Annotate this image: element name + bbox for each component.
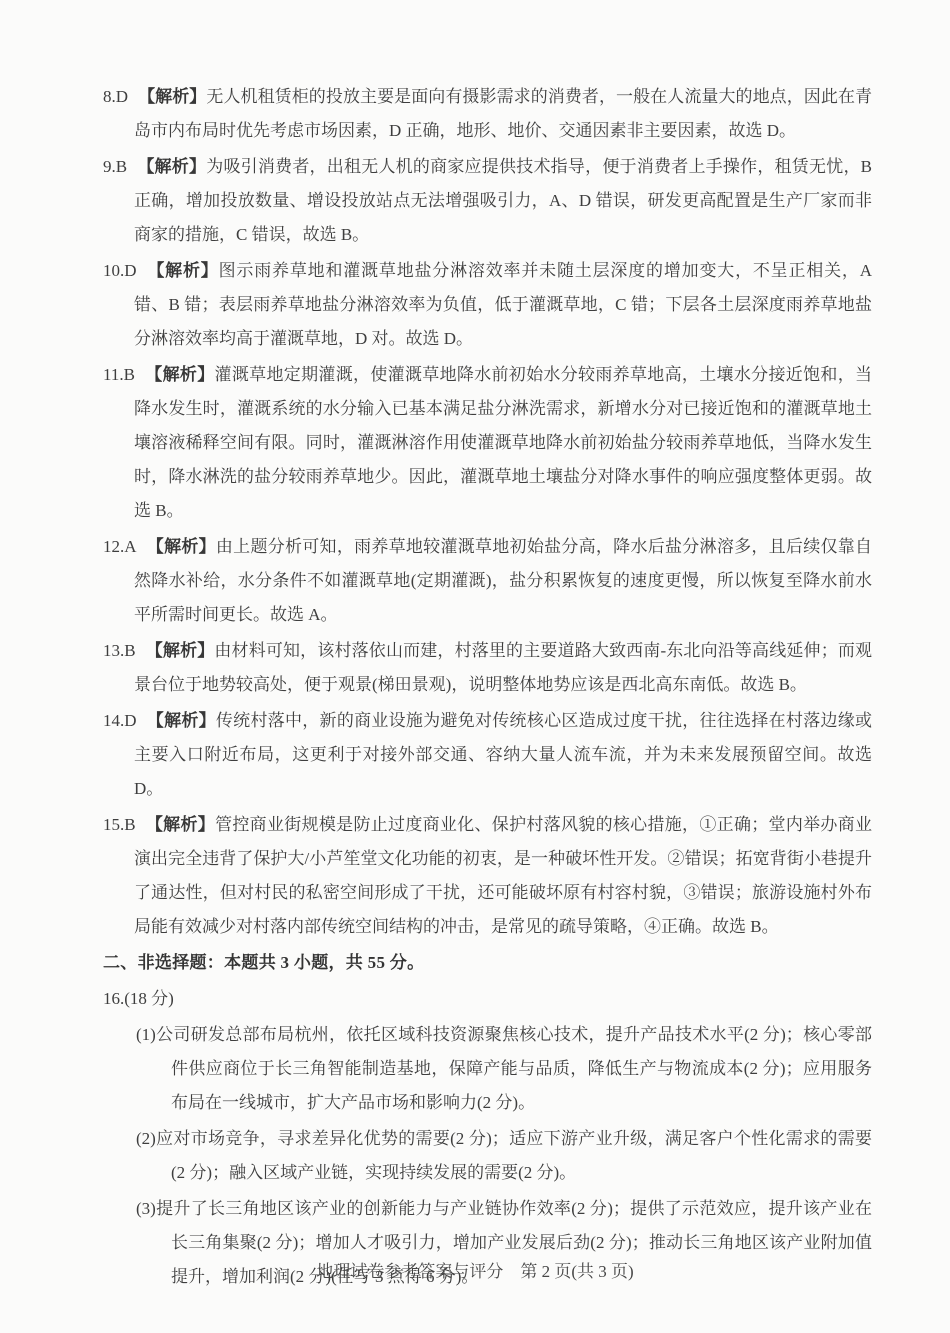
answer-number: 15.B <box>103 815 136 834</box>
question-16-title: 16.(18 分) <box>103 982 872 1016</box>
answer-number: 13.B <box>103 641 136 660</box>
page-footer: 地理试卷参考答案与评分 第 2 页(共 3 页) <box>0 1261 950 1283</box>
analysis-tag: 【解析】 <box>147 711 216 730</box>
answer-key-page: 8.D【解析】无人机租赁柜的投放主要是面向有摄影需求的消费者，一般在人流量大的地… <box>0 0 950 1333</box>
footer-text: 地理试卷参考答案与评分 第 2 页(共 3 页) <box>316 1262 633 1281</box>
answer-text: 由上题分析可知，雨养草地较灌溉草地初始盐分高，降水后盐分淋溶多，且后续仅靠自然降… <box>134 537 872 624</box>
analysis-tag: 【解析】 <box>145 365 215 384</box>
answer-item-14: 14.D【解析】传统村落中，新的商业设施为避免对传统核心区造成过度干扰，往往选择… <box>103 704 872 806</box>
section-2-header: 二、非选择题：本题共 3 小题，共 55 分。 <box>103 946 872 980</box>
answer-number: 11.B <box>103 365 135 384</box>
answer-text: 由材料可知，该村落依山而建，村落里的主要道路大致西南-东北向沿等高线延伸；而观景… <box>134 641 872 694</box>
answer-text: 无人机租赁柜的投放主要是面向有摄影需求的消费者，一般在人流量大的地点，因此在青岛… <box>134 87 872 140</box>
question-16-part-2: (2)应对市场竞争，寻求差异化优势的需要(2 分)；适应下游产业升级，满足客户个… <box>136 1122 872 1190</box>
answer-number: 14.D <box>103 711 137 730</box>
answer-item-8: 8.D【解析】无人机租赁柜的投放主要是面向有摄影需求的消费者，一般在人流量大的地… <box>103 80 872 148</box>
answer-item-13: 13.B【解析】由材料可知，该村落依山而建，村落里的主要道路大致西南-东北向沿等… <box>103 634 872 702</box>
answer-number: 9.B <box>103 157 127 176</box>
answers-content: 8.D【解析】无人机租赁柜的投放主要是面向有摄影需求的消费者，一般在人流量大的地… <box>0 0 950 1294</box>
answer-item-10: 10.D【解析】图示雨养草地和灌溉草地盐分淋溶效率并未随土层深度的增加变大，不呈… <box>103 254 872 356</box>
answer-number: 10.D <box>103 261 137 280</box>
answer-item-12: 12.A【解析】由上题分析可知，雨养草地较灌溉草地初始盐分高，降水后盐分淋溶多，… <box>103 530 872 632</box>
analysis-tag: 【解析】 <box>147 537 216 556</box>
analysis-tag: 【解析】 <box>147 261 219 280</box>
analysis-tag: 【解析】 <box>137 157 206 176</box>
answer-text: 灌溉草地定期灌溉，使灌溉草地降水前初始水分较雨养草地高，土壤水分接近饱和，当降水… <box>134 365 872 520</box>
answer-number: 12.A <box>103 537 137 556</box>
analysis-tag: 【解析】 <box>146 641 215 660</box>
answer-item-11: 11.B【解析】灌溉草地定期灌溉，使灌溉草地降水前初始水分较雨养草地高，土壤水分… <box>103 358 872 528</box>
answer-text: 为吸引消费者，出租无人机的商家应提供技术指导，便于消费者上手操作，租赁无忧，B … <box>134 157 872 244</box>
answer-text: 传统村落中，新的商业设施为避免对传统核心区造成过度干扰，往往选择在村落边缘或主要… <box>134 711 872 798</box>
answer-text: 图示雨养草地和灌溉草地盐分淋溶效率并未随土层深度的增加变大，不呈正相关，A 错、… <box>134 261 872 348</box>
answer-number: 8.D <box>103 87 128 106</box>
answer-item-15: 15.B【解析】管控商业街规模是防止过度商业化、保护村落风貌的核心措施，①正确；… <box>103 808 872 944</box>
analysis-tag: 【解析】 <box>138 87 206 106</box>
answer-item-9: 9.B【解析】为吸引消费者，出租无人机的商家应提供技术指导，便于消费者上手操作，… <box>103 150 872 252</box>
analysis-tag: 【解析】 <box>146 815 215 834</box>
question-16-part-1: (1)公司研发总部布局杭州，依托区域科技资源聚焦核心技术，提升产品技术水平(2 … <box>136 1018 872 1120</box>
answer-text: 管控商业街规模是防止过度商业化、保护村落风貌的核心措施，①正确；堂内举办商业演出… <box>134 815 872 936</box>
